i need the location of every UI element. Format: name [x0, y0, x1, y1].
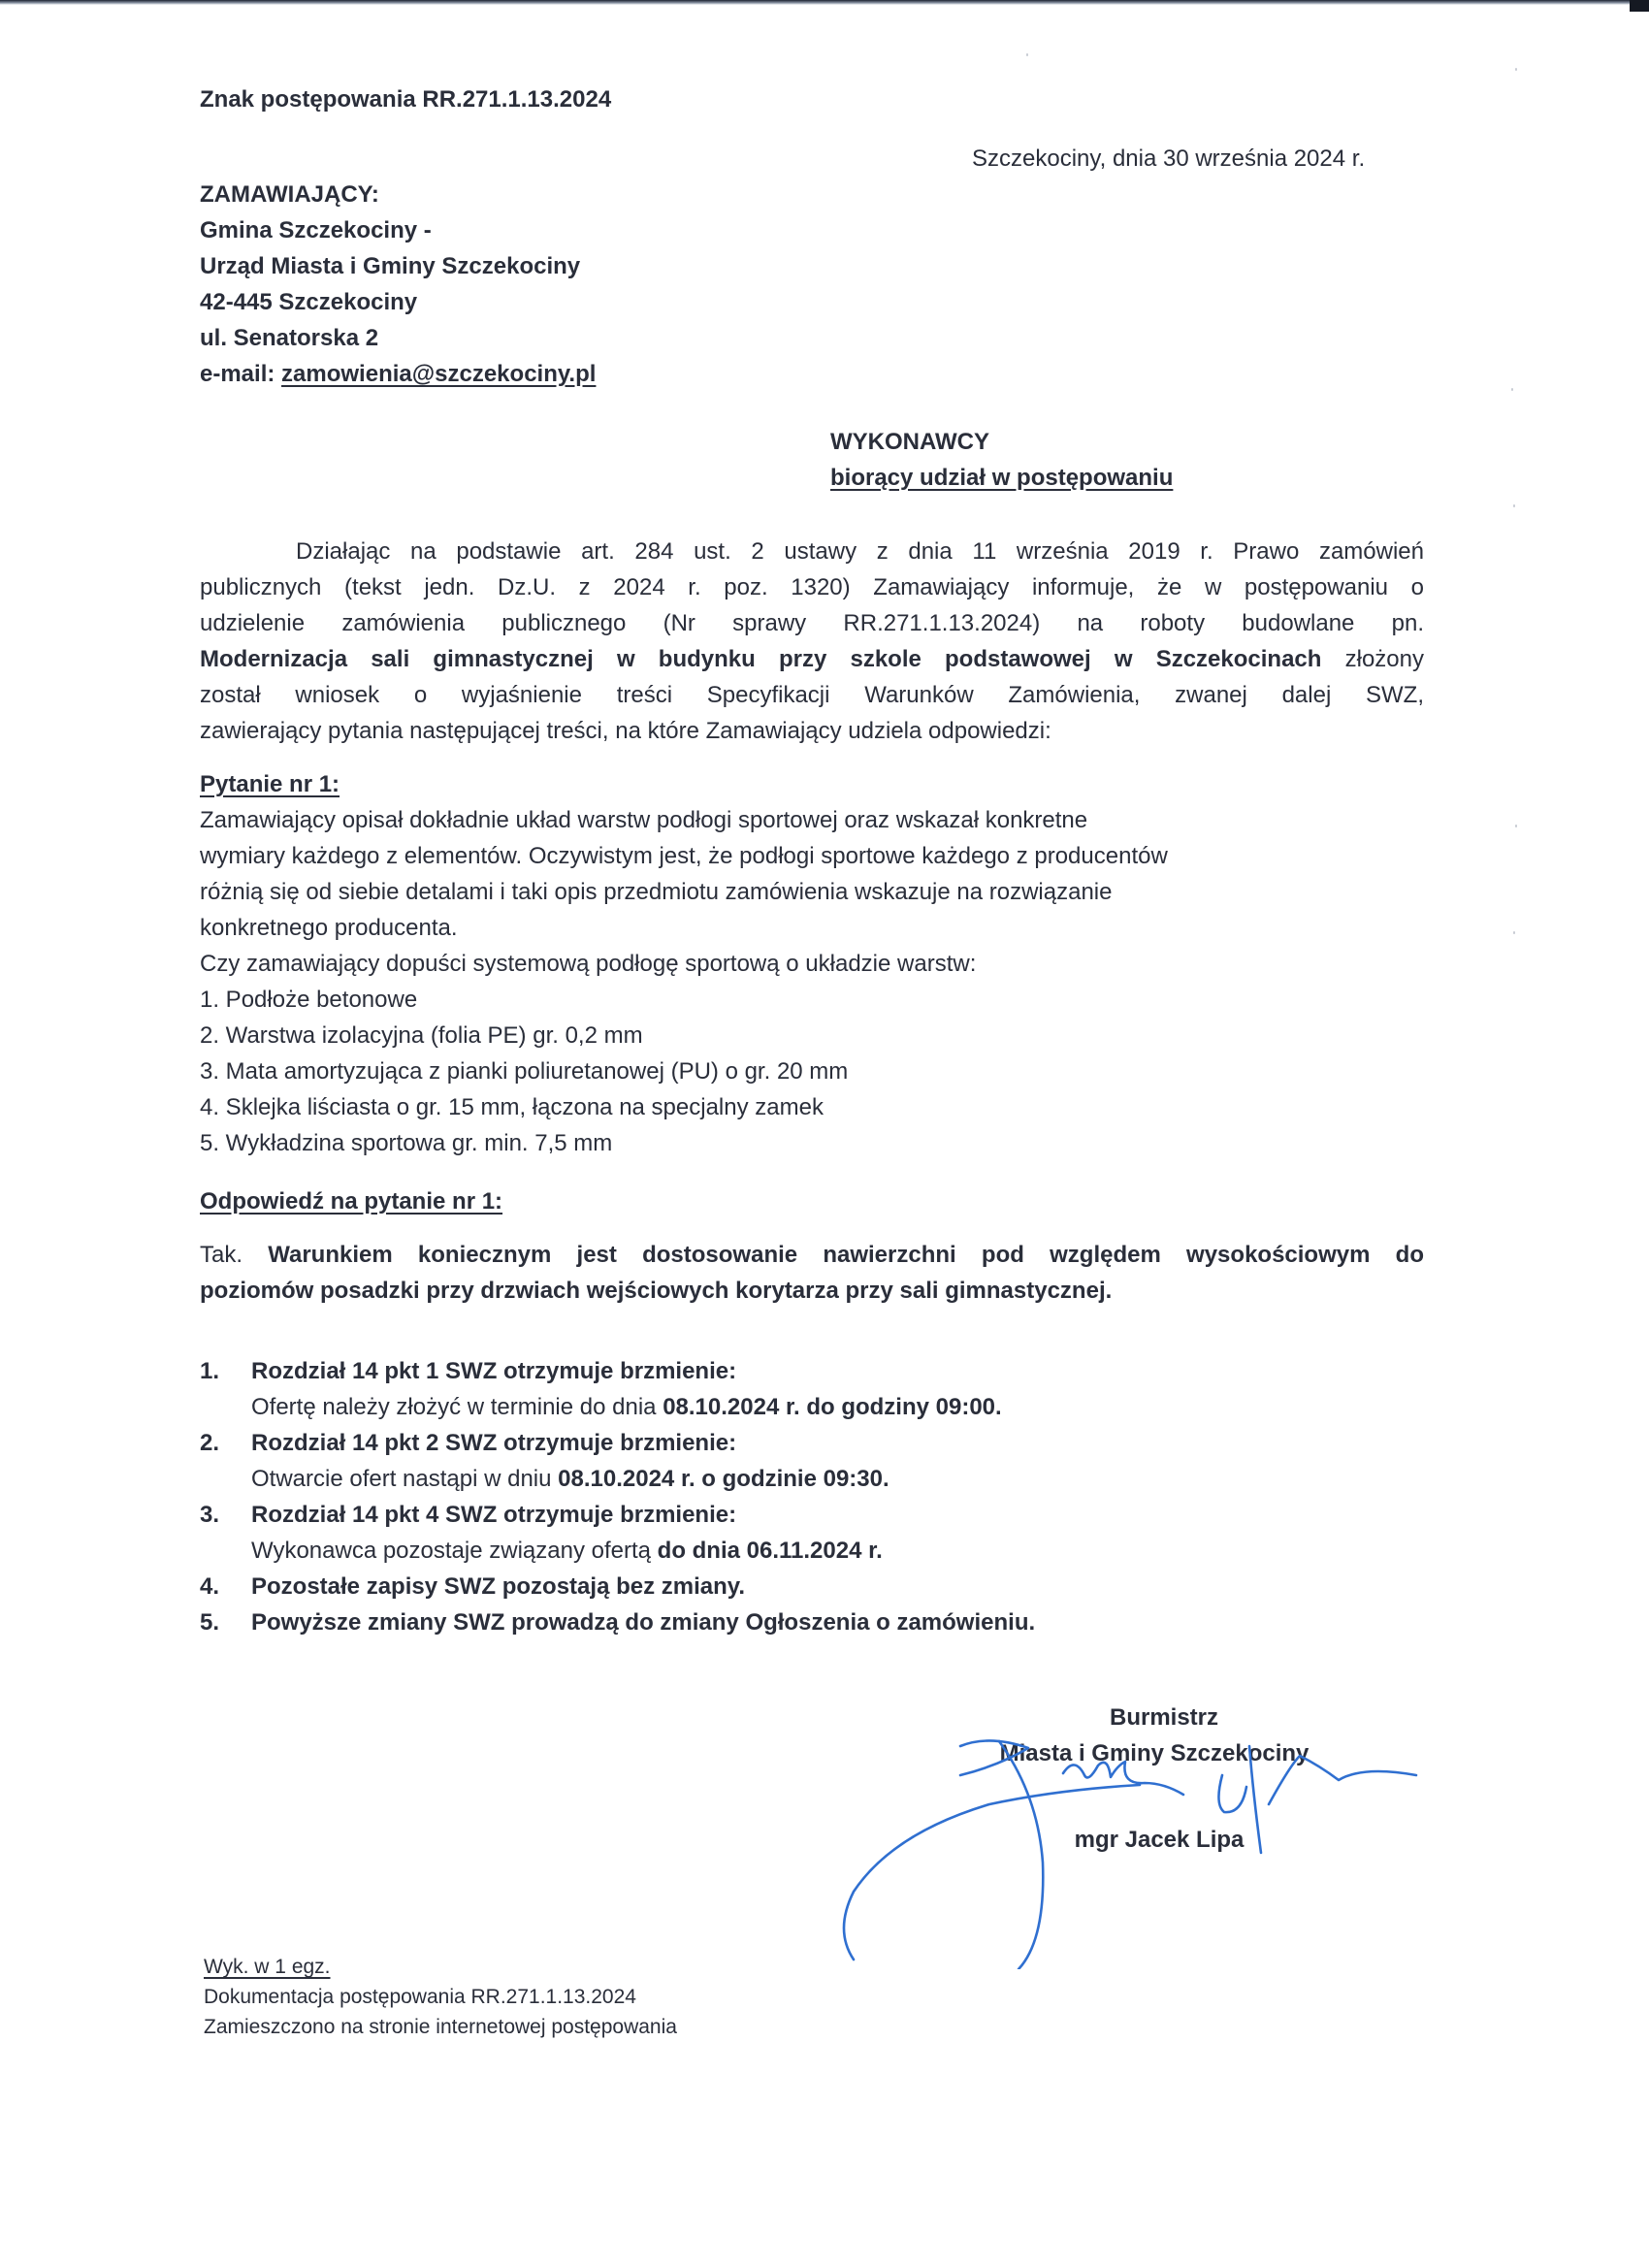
- place-and-date: Szczekociny, dnia 30 września 2024 r.: [972, 141, 1365, 177]
- question-section: Pytanie nr 1: Zamawiający opisał dokładn…: [200, 766, 1168, 1161]
- addressee: WYKONAWCY biorący udział w postępowaniu: [830, 424, 1173, 496]
- email-label: e-mail:: [200, 361, 281, 387]
- intro-line: został wniosek o wyjaśnienie treści Spec…: [200, 677, 1424, 713]
- scan-speck: [1515, 68, 1517, 71]
- layer-item: 4. Sklejka liściasta o gr. 15 mm, łączon…: [200, 1089, 1168, 1125]
- change-item-title: 3.Rozdział 14 pkt 4 SWZ otrzymuje brzmie…: [200, 1497, 1035, 1533]
- answer-text: Warunkiem koniecznym jest dostosowanie n…: [242, 1242, 1424, 1268]
- layer-item: 1. Podłoże betonowe: [200, 982, 1168, 1018]
- authority-line: Urząd Miasta i Gminy Szczekociny: [200, 248, 596, 284]
- intro-after-title: złożony: [1321, 646, 1424, 672]
- scan-speck: [1513, 504, 1515, 507]
- question-line: konkretnego producenta.: [200, 910, 1168, 946]
- question-line: wymiary każdego z elementów. Oczywistym …: [200, 838, 1168, 874]
- scan-top-edge: [0, 0, 1649, 5]
- case-reference: Znak postępowania RR.271.1.13.2024: [200, 81, 611, 117]
- intro-line: zawierający pytania następującej treści,…: [200, 713, 1424, 749]
- handwritten-signature: [834, 1736, 1474, 1969]
- layer-item: 3. Mata amortyzująca z pianki poliuretan…: [200, 1053, 1168, 1089]
- copies-note: Wyk. w 1 egz.: [204, 1952, 677, 1982]
- email-link[interactable]: zamowienia@szczekociny.pl: [281, 361, 596, 387]
- contracting-authority: ZAMAWIAJĄCY: Gmina Szczekociny - Urząd M…: [200, 177, 596, 392]
- scan-speck: [1026, 53, 1028, 56]
- question-heading: Pytanie nr 1:: [200, 766, 1168, 802]
- change-item-text: Wykonawca pozostaje związany ofertą do d…: [200, 1533, 1035, 1569]
- layer-item: 2. Warstwa izolacyjna (folia PE) gr. 0,2…: [200, 1018, 1168, 1053]
- authority-line: 42-445 Szczekociny: [200, 284, 596, 320]
- question-line: Czy zamawiający dopuści systemową podłog…: [200, 946, 1168, 982]
- answer-section: Odpowiedź na pytanie nr 1: Tak. Warunkie…: [200, 1183, 1424, 1309]
- scan-speck: [1511, 388, 1513, 391]
- scan-corner-mark: [1630, 0, 1649, 12]
- document-footer: Wyk. w 1 egz. Dokumentacja postępowania …: [204, 1952, 677, 2042]
- change-item-title: 4.Pozostałe zapisy SWZ pozostają bez zmi…: [200, 1569, 1035, 1604]
- intro-line: publicznych (tekst jedn. Dz.U. z 2024 r.…: [200, 569, 1424, 605]
- scan-speck: [1515, 825, 1517, 827]
- swz-changes-list: 1.Rozdział 14 pkt 1 SWZ otrzymuje brzmie…: [200, 1353, 1035, 1640]
- project-title: Modernizacja sali gimnastycznej w budynk…: [200, 646, 1321, 672]
- change-item-title: 1.Rozdział 14 pkt 1 SWZ otrzymuje brzmie…: [200, 1353, 1035, 1389]
- answer-heading: Odpowiedź na pytanie nr 1:: [200, 1183, 1424, 1219]
- intro-line-with-title: Modernizacja sali gimnastycznej w budynk…: [200, 641, 1424, 677]
- question-line: Zamawiający opisał dokładnie układ warst…: [200, 802, 1168, 838]
- change-item-title: 2.Rozdział 14 pkt 2 SWZ otrzymuje brzmie…: [200, 1425, 1035, 1461]
- footer-line: Zamieszczono na stronie internetowej pos…: [204, 2012, 677, 2042]
- intro-line: Działając na podstawie art. 284 ust. 2 u…: [296, 534, 1424, 569]
- addressee-title: WYKONAWCY: [830, 424, 1173, 460]
- change-item-title: 5.Powyższe zmiany SWZ prowadzą do zmiany…: [200, 1604, 1035, 1640]
- authority-line: Gmina Szczekociny -: [200, 212, 596, 248]
- change-item-text: Ofertę należy złożyć w terminie do dnia …: [200, 1389, 1035, 1425]
- answer-line: Tak. Warunkiem koniecznym jest dostosowa…: [200, 1237, 1424, 1273]
- authority-line: ul. Senatorska 2: [200, 320, 596, 356]
- question-line: różnią się od siebie detalami i taki opi…: [200, 874, 1168, 910]
- answer-lead: Tak.: [200, 1242, 242, 1268]
- change-item-text: Otwarcie ofert nastąpi w dniu 08.10.2024…: [200, 1461, 1035, 1497]
- footer-line: Dokumentacja postępowania RR.271.1.13.20…: [204, 1982, 677, 2012]
- scan-speck: [1513, 931, 1515, 934]
- addressee-subtitle: biorący udział w postępowaniu: [830, 460, 1173, 496]
- signatory-role: Burmistrz: [960, 1700, 1348, 1735]
- contracting-authority-label: ZAMAWIAJĄCY:: [200, 177, 596, 212]
- authority-email-row: e-mail: zamowienia@szczekociny.pl: [200, 356, 596, 392]
- intro-line: udzielenie zamówienia publicznego (Nr sp…: [200, 605, 1424, 641]
- layer-item: 5. Wykładzina sportowa gr. min. 7,5 mm: [200, 1125, 1168, 1161]
- answer-line: poziomów posadzki przy drzwiach wejściow…: [200, 1273, 1424, 1309]
